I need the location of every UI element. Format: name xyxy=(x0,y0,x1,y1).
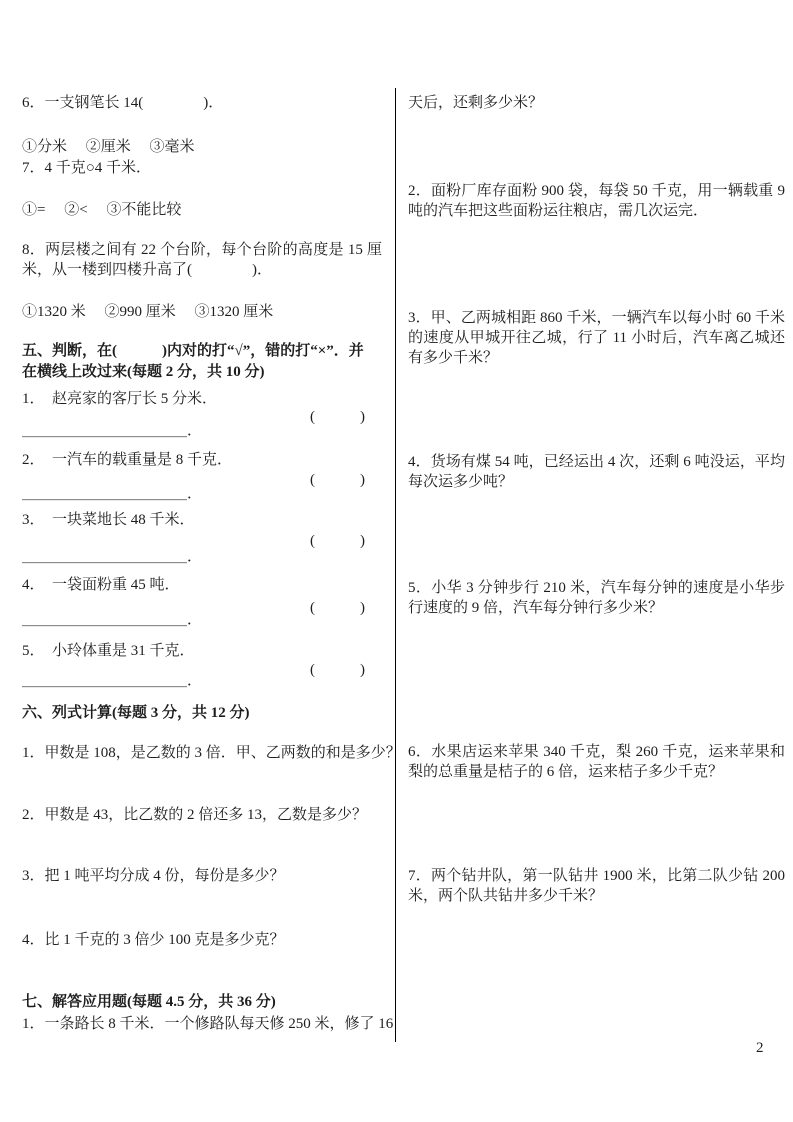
page-number: 2 xyxy=(756,1038,764,1058)
calc-item-1: 1．甲数是 108，是乙数的 3 倍．甲、乙两数的和是多少？ xyxy=(22,743,382,763)
section-6-heading: 六、列式计算(每题 3 分，共 12 分) xyxy=(22,703,382,723)
judge-item-5-correction-line: ＿＿＿＿＿＿＿＿＿＿＿． xyxy=(22,671,382,691)
section-5-heading-line-1: 五、判断，在( )内对的打“√”，错的打“×”．并 xyxy=(22,341,382,361)
app-problem-5: 5．小华 3 分钟步行 210 米，汽车每分钟的速度是小华步行速度的 9 倍，汽… xyxy=(408,578,785,618)
judge-item-4-statement: 4． 一袋面粉重 45 吨． xyxy=(22,575,382,595)
calc-item-2: 2．甲数是 43，比乙数的 2 倍还多 13，乙数是多少？ xyxy=(22,805,382,825)
judge-item-3-correction-line: ＿＿＿＿＿＿＿＿＿＿＿． xyxy=(22,547,382,567)
app-problem-3: 3．甲、乙两城相距 860 千米，一辆汽车以每小时 60 千米的速度从甲城开往乙… xyxy=(408,308,785,368)
judge-item-2-statement: 2． 一汽车的载重量是 8 千克． xyxy=(22,450,382,470)
app-problem-6: 6．水果店运来苹果 340 千克，梨 260 千克，运来苹果和梨的总重量是桔子的… xyxy=(408,742,785,782)
judge-item-2-correction-line: ＿＿＿＿＿＿＿＿＿＿＿． xyxy=(22,484,382,504)
section-7-heading: 七、解答应用题(每题 4.5 分，共 36 分) xyxy=(22,992,382,1012)
question-6-options: ①分米 ②厘米 ③毫米 xyxy=(22,137,382,157)
judge-item-4-correction-line: ＿＿＿＿＿＿＿＿＿＿＿． xyxy=(22,610,382,630)
judge-item-1-correction-line: ＿＿＿＿＿＿＿＿＿＿＿． xyxy=(22,421,382,441)
calc-item-3: 3．把 1 吨平均分成 4 份，每份是多少？ xyxy=(22,866,382,886)
question-8: 8．两层楼之间有 22 个台阶，每个台阶的高度是 15 厘米，从一楼到四楼升高了… xyxy=(22,240,382,280)
question-7-options: ①= ②< ③不能比较 xyxy=(22,200,382,220)
judge-item-3-statement: 3． 一块菜地长 48 千米． xyxy=(22,510,382,530)
question-7: 7．4 千克○4 千米． xyxy=(22,158,382,178)
app-item-1: 1．一条路长 8 千米．一个修路队每天修 250 米，修了 16 xyxy=(22,1014,382,1034)
app-problem-7: 7．两个钻井队，第一队钻井 1900 米，比第二队少钻 200 米，两个队共钻井… xyxy=(408,866,785,906)
column-divider xyxy=(395,88,396,1042)
question-8-options: ①1320 米 ②990 厘米 ③1320 厘米 xyxy=(22,302,382,322)
calc-item-4: 4．比 1 千克的 3 倍少 100 克是多少克？ xyxy=(22,930,382,950)
judge-item-5-statement: 5． 小玲体重是 31 千克． xyxy=(22,641,382,661)
worksheet-page: 6．一支钢笔长 14( )． ①分米 ②厘米 ③毫米 7．4 千克○4 千米． … xyxy=(0,0,793,1122)
app-item-1-continuation: 天后，还剩多少米？ xyxy=(408,93,785,113)
question-6: 6．一支钢笔长 14( )． xyxy=(22,93,382,113)
judge-item-1-statement: 1． 赵亮家的客厅长 5 分米． xyxy=(22,389,382,409)
section-5-heading-line-2: 在横线上改过来(每题 2 分，共 10 分) xyxy=(22,362,382,382)
app-problem-4: 4．货场有煤 54 吨，已经运出 4 次，还剩 6 吨没运，平均每次运多少吨？ xyxy=(408,452,785,492)
app-problem-2: 2．面粉厂库存面粉 900 袋，每袋 50 千克，用一辆载重 9 吨的汽车把这些… xyxy=(408,181,785,221)
